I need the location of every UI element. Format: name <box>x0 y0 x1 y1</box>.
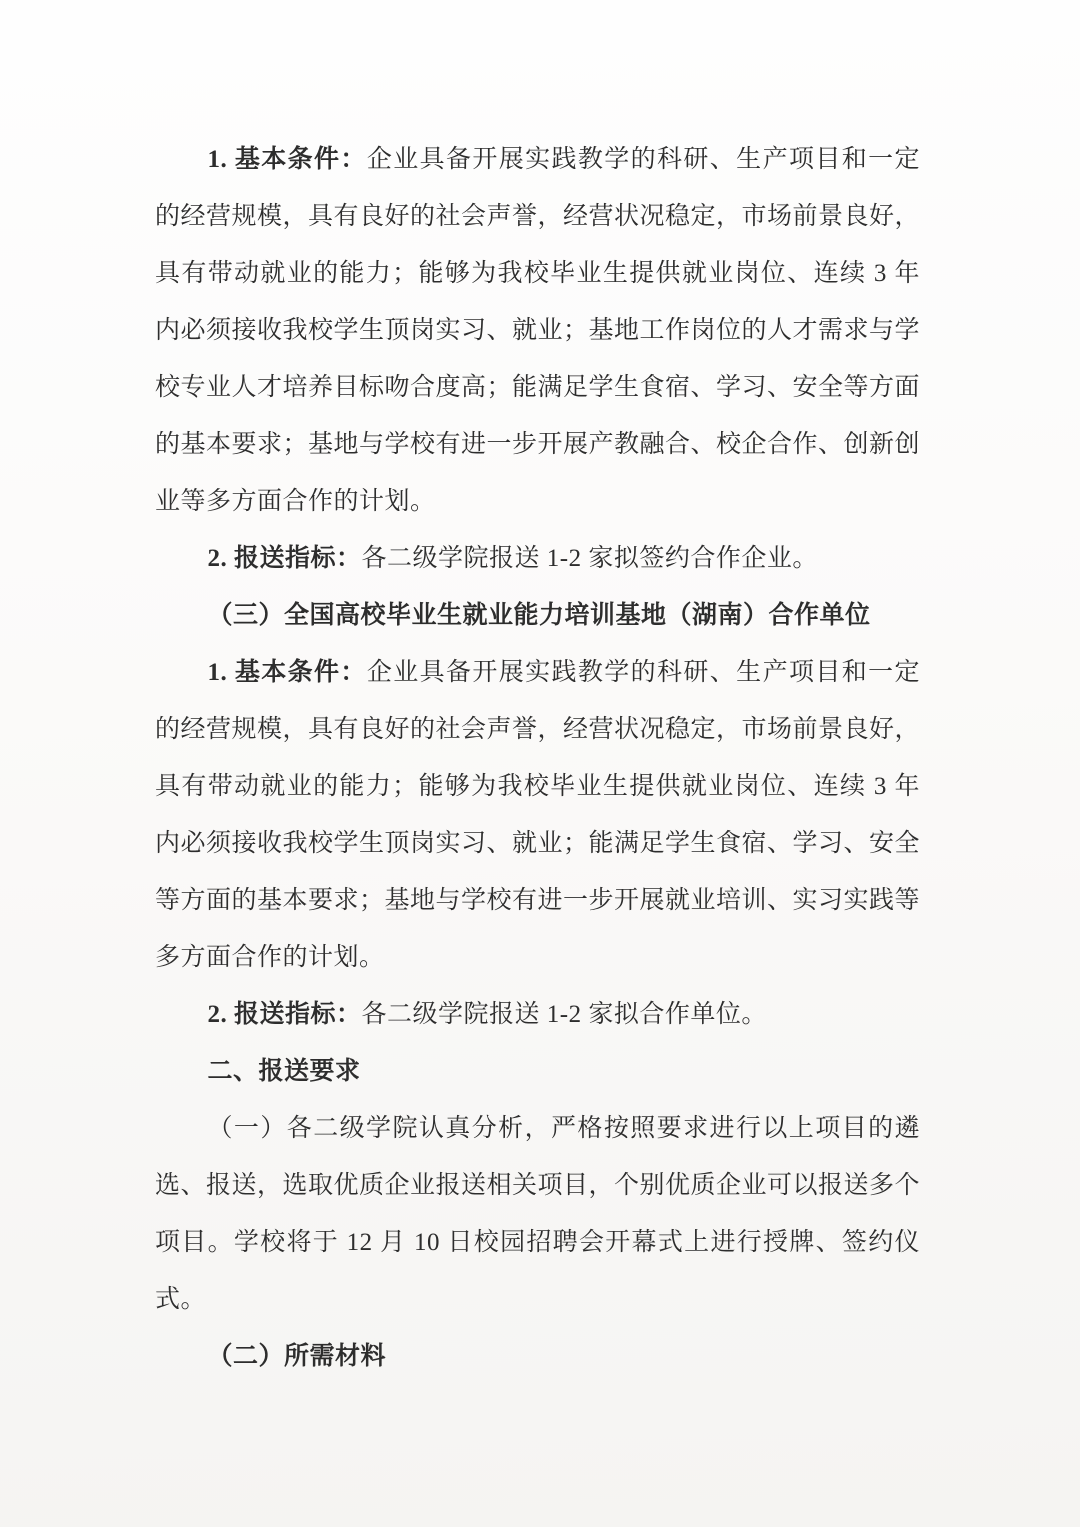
para-label-basic-conditions-1: 1. 基本条件： <box>208 146 367 173</box>
para-text-submission-quota-2: 各二级学院报送 1-2 家拟合作单位。 <box>362 1001 767 1028</box>
para-text-basic-conditions-2: 企业具备开展实践教学的科研、生产项目和一定的经营规模，具有良好的社会声誉，经营状… <box>155 659 920 971</box>
para-text-basic-conditions-1: 企业具备开展实践教学的科研、生产项目和一定的经营规模，具有良好的社会声誉，经营状… <box>155 146 920 515</box>
para-text-requirement-one: （一）各二级学院认真分析，严格按照要求进行以上项目的遴选、报送，选取优质企业报送… <box>155 1115 920 1313</box>
heading-required-materials-text: （二）所需材料 <box>208 1343 387 1370</box>
para-text-submission-quota-1: 各二级学院报送 1-2 家拟签约合作企业。 <box>362 545 818 572</box>
document-page: 1. 基本条件：企业具备开展实践教学的科研、生产项目和一定的经营规模，具有良好的… <box>0 0 1080 1527</box>
para-label-submission-quota-2: 2. 报送指标： <box>208 1001 362 1028</box>
heading-required-materials: （二）所需材料 <box>155 1328 920 1385</box>
heading-submission-requirements-text: 二、报送要求 <box>208 1058 361 1085</box>
heading-section-three: （三）全国高校毕业生就业能力培训基地（湖南）合作单位 <box>155 587 920 644</box>
document-body: 1. 基本条件：企业具备开展实践教学的科研、生产项目和一定的经营规模，具有良好的… <box>155 131 920 1385</box>
heading-submission-requirements: 二、报送要求 <box>155 1043 920 1100</box>
para-requirement-one: （一）各二级学院认真分析，严格按照要求进行以上项目的遴选、报送，选取优质企业报送… <box>155 1100 920 1328</box>
para-submission-quota-1: 2. 报送指标：各二级学院报送 1-2 家拟签约合作企业。 <box>155 530 920 587</box>
heading-section-three-text: （三）全国高校毕业生就业能力培训基地（湖南）合作单位 <box>208 602 871 629</box>
para-basic-conditions-2: 1. 基本条件：企业具备开展实践教学的科研、生产项目和一定的经营规模，具有良好的… <box>155 644 920 986</box>
para-basic-conditions-1: 1. 基本条件：企业具备开展实践教学的科研、生产项目和一定的经营规模，具有良好的… <box>155 131 920 530</box>
para-submission-quota-2: 2. 报送指标：各二级学院报送 1-2 家拟合作单位。 <box>155 986 920 1043</box>
para-label-basic-conditions-2: 1. 基本条件： <box>208 659 367 686</box>
para-label-submission-quota-1: 2. 报送指标： <box>208 545 362 572</box>
